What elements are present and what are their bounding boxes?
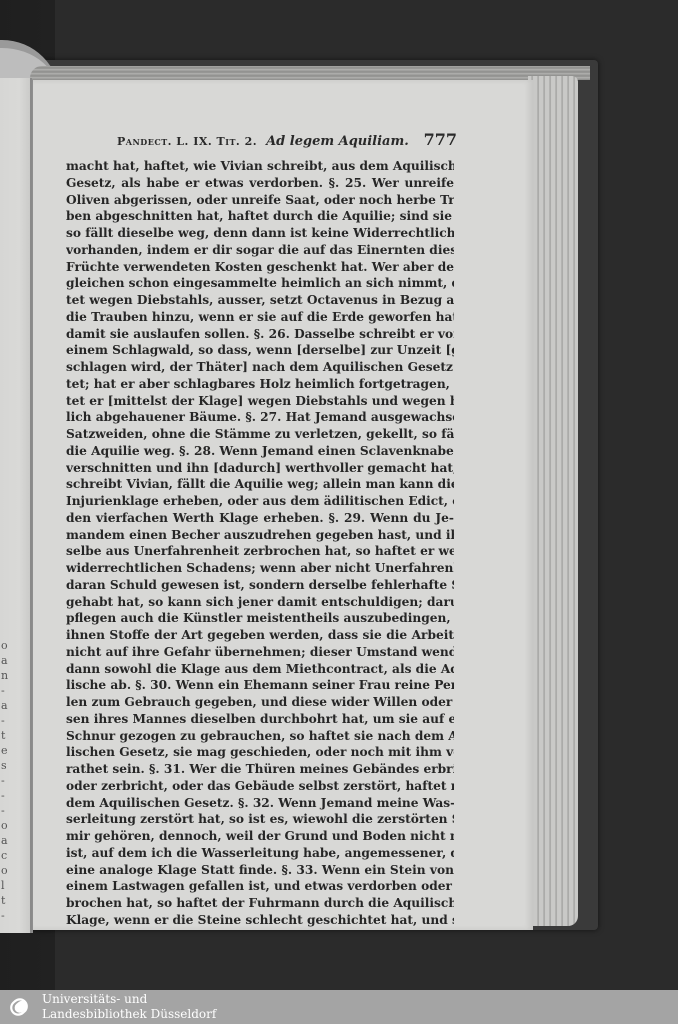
- text-line: eine analoge Klage Statt finde. §. 33. W…: [66, 862, 454, 879]
- text-line: schreibt Vivian, fällt die Aquilie weg; …: [66, 476, 454, 493]
- footer-institution-name: Universitäts- und Landesbibliothek Düsse…: [42, 992, 216, 1022]
- text-line: vorhanden, indem er dir sogar die auf da…: [66, 242, 454, 259]
- running-head: Pandect. L. IX. Tit. 2. Ad legem Aquilia…: [117, 130, 457, 152]
- text-line: daran Schuld gewesen ist, sondern dersel…: [66, 577, 454, 594]
- margin-mark: -: [1, 773, 9, 788]
- margin-mark: e: [1, 743, 9, 758]
- text-line: brochen hat, so haftet der Fuhrmann durc…: [66, 895, 454, 912]
- margin-mark: t: [1, 893, 9, 908]
- footer-line-2: Landesbibliothek Düsseldorf: [42, 1007, 216, 1022]
- text-line: Satzweiden, ohne die Stämme zu verletzen…: [66, 426, 454, 443]
- text-line: nicht auf ihre Gefahr übernehmen; dieser…: [66, 644, 454, 661]
- book-gutter: [30, 78, 32, 933]
- margin-mark: o: [1, 638, 9, 653]
- text-line: macht hat, haftet, wie Vivian schreibt, …: [66, 158, 454, 175]
- text-line: damit sie auslaufen sollen. §. 26. Dasse…: [66, 326, 454, 343]
- text-line: die Aquilie weg. §. 28. Wenn Jemand eine…: [66, 443, 454, 460]
- text-line: ben abgeschnitten hat, haftet durch die …: [66, 208, 454, 225]
- text-line: tet wegen Diebstahls, ausser, setzt Octa…: [66, 292, 454, 309]
- text-line: Klage, wenn er die Steine schlecht gesch…: [66, 912, 454, 929]
- left-page-edge: oan-a-tes---oacolt-: [0, 78, 33, 933]
- text-line: mandem einen Becher auszudrehen gegeben …: [66, 527, 454, 544]
- text-line: so fällt dieselbe weg, denn dann ist kei…: [66, 225, 454, 242]
- margin-mark: a: [1, 653, 9, 668]
- text-line: sen ihres Mannes dieselben durchbohrt ha…: [66, 711, 454, 728]
- text-line: widerrechtlichen Schadens; wenn aber nic…: [66, 560, 454, 577]
- margin-mark: -: [1, 803, 9, 818]
- text-line: mir gehören, dennoch, weil der Grund und…: [66, 828, 454, 845]
- text-line: pflegen auch die Künstler meistentheils …: [66, 610, 454, 627]
- margin-mark: n: [1, 668, 9, 683]
- text-line: ihnen Stoffe der Art gegeben werden, das…: [66, 627, 454, 644]
- margin-mark: o: [1, 863, 9, 878]
- text-line: lische ab. §. 30. Wenn ein Ehemann seine…: [66, 677, 454, 694]
- margin-mark: t: [1, 728, 9, 743]
- text-line: tet; hat er aber schlagbares Holz heimli…: [66, 376, 454, 393]
- text-line: rathet sein. §. 31. Wer die Thüren meine…: [66, 761, 454, 778]
- text-line: dann sowohl die Klage aus dem Miethcontr…: [66, 661, 454, 678]
- text-line: dem Aquilischen Gesetz. §. 32. Wenn Jema…: [66, 795, 454, 812]
- text-line: lischen Gesetz, sie mag geschieden, oder…: [66, 744, 454, 761]
- text-line: verschnitten und ihn [dadurch] werthvoll…: [66, 460, 454, 477]
- text-line: oder zerbricht, oder das Gebäude selbst …: [66, 778, 454, 795]
- text-line: gehabt hat, so kann sich jener damit ent…: [66, 594, 454, 611]
- running-head-title: Ad legem Aquiliam.: [266, 134, 409, 149]
- footer-bar: Universitäts- und Landesbibliothek Düsse…: [0, 990, 678, 1024]
- margin-mark: o: [1, 818, 9, 833]
- text-line: Injurienklage erheben, oder aus dem ädil…: [66, 493, 454, 510]
- margin-mark: s: [1, 758, 9, 773]
- page-top-edge: [30, 66, 590, 80]
- running-head-section: Pandect. L. IX. Tit. 2.: [117, 135, 257, 148]
- text-line: ist, auf dem ich die Wasserleitung habe,…: [66, 845, 454, 862]
- text-line: schlagen wird, der Thäter] nach dem Aqui…: [66, 359, 454, 376]
- text-line: serleitung zerstört hat, so ist es, wiew…: [66, 811, 454, 828]
- page-body-text: macht hat, haftet, wie Vivian schreibt, …: [66, 158, 454, 929]
- text-line: len zum Gebrauch gegeben, und diese wide…: [66, 694, 454, 711]
- text-line: Oliven abgerissen, oder unreife Saat, od…: [66, 192, 454, 209]
- margin-mark: a: [1, 833, 9, 848]
- text-line: tet er [mittelst der Klage] wegen Diebst…: [66, 393, 454, 410]
- library-logo-icon[interactable]: [2, 990, 36, 1024]
- left-page-margin-marks: oan-a-tes---oacolt-: [1, 638, 9, 923]
- margin-mark: l: [1, 878, 9, 893]
- text-line: Früchte verwendeten Kosten geschenkt hat…: [66, 259, 454, 276]
- text-line: gleichen schon eingesammelte heimlich an…: [66, 275, 454, 292]
- footer-line-1: Universitäts- und: [42, 992, 216, 1007]
- text-line: selbe aus Unerfahrenheit zerbrochen hat,…: [66, 543, 454, 560]
- page-stack-edge: [528, 76, 578, 926]
- text-line: Schnur gezogen zu gebrauchen, so haftet …: [66, 728, 454, 745]
- margin-mark: -: [1, 683, 9, 698]
- margin-mark: c: [1, 848, 9, 863]
- text-line: Gesetz, als habe er etwas verdorben. §. …: [66, 175, 454, 192]
- margin-mark: a: [1, 698, 9, 713]
- text-line: den vierfachen Werth Klage erheben. §. 2…: [66, 510, 454, 527]
- margin-mark: -: [1, 713, 9, 728]
- margin-mark: -: [1, 788, 9, 803]
- text-line: die Trauben hinzu, wenn er sie auf die E…: [66, 309, 454, 326]
- margin-mark: -: [1, 908, 9, 923]
- text-line: einem Schlagwald, so dass, wenn [derselb…: [66, 342, 454, 359]
- text-line: lich abgehauener Bäume. §. 27. Hat Jeman…: [66, 409, 454, 426]
- text-line: einem Lastwagen gefallen ist, und etwas …: [66, 878, 454, 895]
- page-number: 777: [424, 130, 457, 149]
